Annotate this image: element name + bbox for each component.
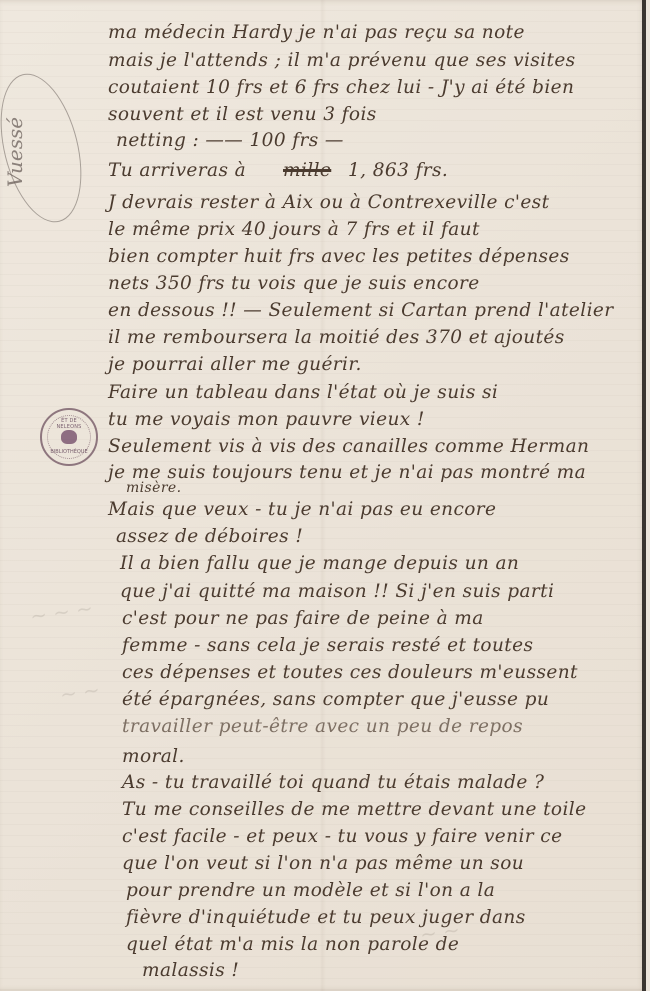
letter-line: le même prix 40 jours à 7 frs et il faut — [108, 219, 480, 240]
letter-line: Il a bien fallu que je mange depuis un a… — [120, 553, 519, 574]
letter-line: c'est facile - et peux - tu vous y faire… — [122, 826, 562, 847]
letter-line: As - tu travaillé toi quand tu étais mal… — [122, 772, 544, 793]
page-edge-shadow — [642, 0, 646, 991]
letter-line: moral. — [122, 746, 185, 767]
library-stamp: ÉT DE NELEONS BIBLIOTHÈQUE — [40, 408, 98, 466]
letter-line: ma médecin Hardy je n'ai pas reçu sa not… — [108, 22, 525, 43]
letter-line: femme - sans cela je serais resté et tou… — [122, 635, 533, 656]
letter-line: netting : —— 100 frs — — [116, 130, 344, 151]
letter-page: ~ ~ ~ ~ ~ ~ ~ Vuessé ÉT DE NELEONS BIBLI… — [0, 0, 646, 991]
letter-line: souvent et il est venu 3 fois — [108, 104, 377, 125]
letter-line: coutaient 10 frs et 6 frs chez lui - J'y… — [108, 77, 574, 98]
letter-line: Mais que veux - tu je n'ai pas eu encore — [108, 499, 496, 520]
letter-line: malassis ! — [142, 960, 239, 981]
letter-line: que j'ai quitté ma maison !! Si j'en sui… — [120, 581, 554, 602]
margin-annotation-text: Vuessé — [3, 117, 27, 187]
letter-line: assez de déboires ! — [116, 526, 303, 547]
letter-line: mais je l'attends ; il m'a prévenu que s… — [108, 50, 576, 71]
letter-line: c'est pour ne pas faire de peine à ma — [122, 608, 484, 629]
stamp-emblem-icon — [61, 430, 77, 444]
letter-line: nets 350 frs tu vois que je suis encore — [108, 273, 480, 294]
letter-line: Tu arriveras à — [108, 160, 246, 181]
struck-out-word: mille — [283, 160, 331, 181]
letter-line: tu me voyais mon pauvre vieux ! — [108, 409, 425, 430]
letter-line: Faire un tableau dans l'état où je suis … — [108, 382, 498, 403]
bleed-through-text: ~ ~ ~ — [29, 596, 95, 629]
letter-line: J devrais rester à Aix ou à Contrexevill… — [108, 192, 549, 213]
letter-line: bien compter huit frs avec les petites d… — [108, 246, 570, 267]
stamp-text-bottom: BIBLIOTHÈQUE — [48, 449, 90, 455]
letter-line: Tu me conseilles de me mettre devant une… — [122, 799, 586, 820]
stamp-text-top: ÉT DE NELEONS — [48, 418, 90, 430]
letter-line-total: 1, 863 frs. — [348, 160, 448, 181]
stamp-inner-ring: ÉT DE NELEONS BIBLIOTHÈQUE — [47, 415, 91, 459]
letter-line: été épargnées, sans compter que j'eusse … — [122, 689, 549, 710]
letter-line: il me remboursera la moitié des 370 et a… — [108, 327, 565, 348]
letter-line: travailler peut-être avec un peu de repo… — [122, 716, 523, 737]
letter-line: je pourrai aller me guérir. — [108, 354, 362, 375]
letter-line: Seulement vis à vis des canailles comme … — [108, 436, 589, 457]
letter-line: misère. — [126, 480, 181, 496]
letter-line: ces dépenses et toutes ces douleurs m'eu… — [122, 662, 578, 683]
bleed-through-text: ~ ~ — [59, 677, 102, 706]
letter-line: que l'on veut si l'on n'a pas même un so… — [122, 853, 524, 874]
letter-line: pour prendre un modèle et si l'on a la — [126, 880, 495, 901]
letter-line: fièvre d'inquiétude et tu peux juger dan… — [126, 907, 526, 928]
letter-line: quel état m'a mis la non parole de — [126, 934, 459, 955]
letter-line: en dessous !! — Seulement si Cartan pren… — [108, 300, 614, 321]
